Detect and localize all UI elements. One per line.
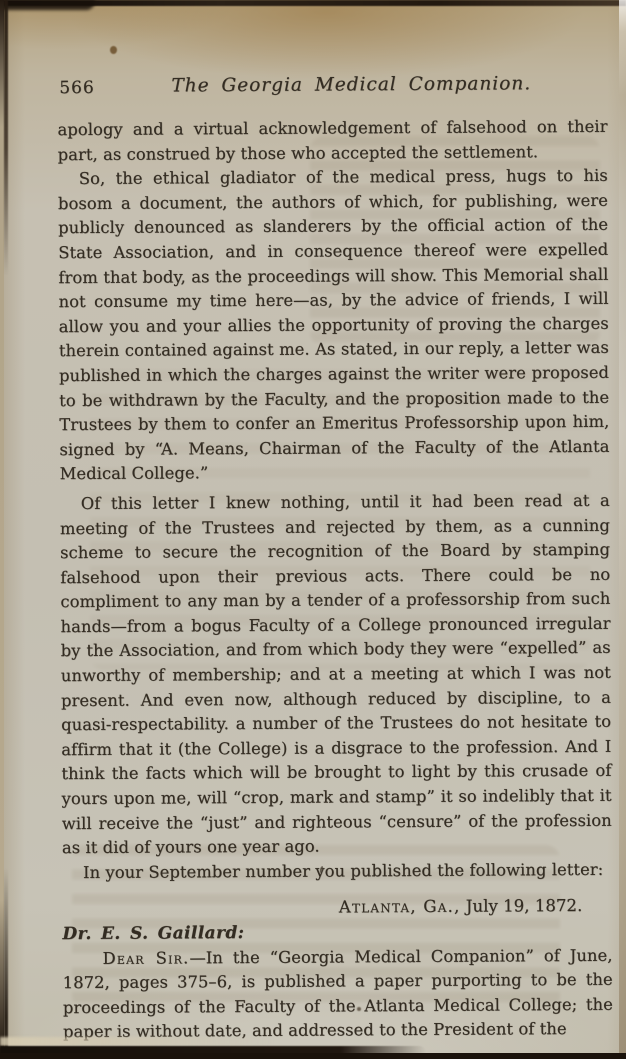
scan-edge-right <box>619 0 626 1059</box>
ink-speck <box>357 1007 361 1011</box>
letter-dateline: Atlanta, Ga., July 19, 1872. <box>62 894 612 922</box>
ink-speck <box>110 46 117 54</box>
scan-edge-bottom-highlight <box>0 1037 288 1046</box>
letter-dateline-place: Atlanta, Ga., <box>339 897 461 917</box>
body-paragraph-3: Of this letter I knew nothing, until it … <box>60 489 612 861</box>
letter-body: Dear Sir.—In the “Georgia Medical Compan… <box>63 943 614 1045</box>
page-number: 566 <box>59 78 95 98</box>
page-header: 566 The Georgia Medical Companion. <box>57 35 607 100</box>
page-text-column: 566 The Georgia Medical Companion. apolo… <box>57 35 613 1045</box>
scan-edge-left <box>4 0 8 1059</box>
scan-edge-bottom-line <box>0 1053 626 1059</box>
body-paragraph-4: In your September number you published t… <box>62 858 612 886</box>
running-title: The Georgia Medical Companion. <box>57 35 607 97</box>
letter-dateline-date: July 19, 1872. <box>466 896 583 916</box>
body-paragraph-1: apology and a virtual acknowledgement of… <box>57 115 607 168</box>
scanned-book-page: 566 The Georgia Medical Companion. apolo… <box>0 0 626 1059</box>
letter-opening: Dear Sir. <box>103 948 190 968</box>
body-paragraph-2: So, the ethical gladiator of the medical… <box>58 164 610 487</box>
scan-edge-top-left <box>0 0 95 10</box>
letter-salutation: Dr. E. S. Gaillard: <box>62 919 612 947</box>
